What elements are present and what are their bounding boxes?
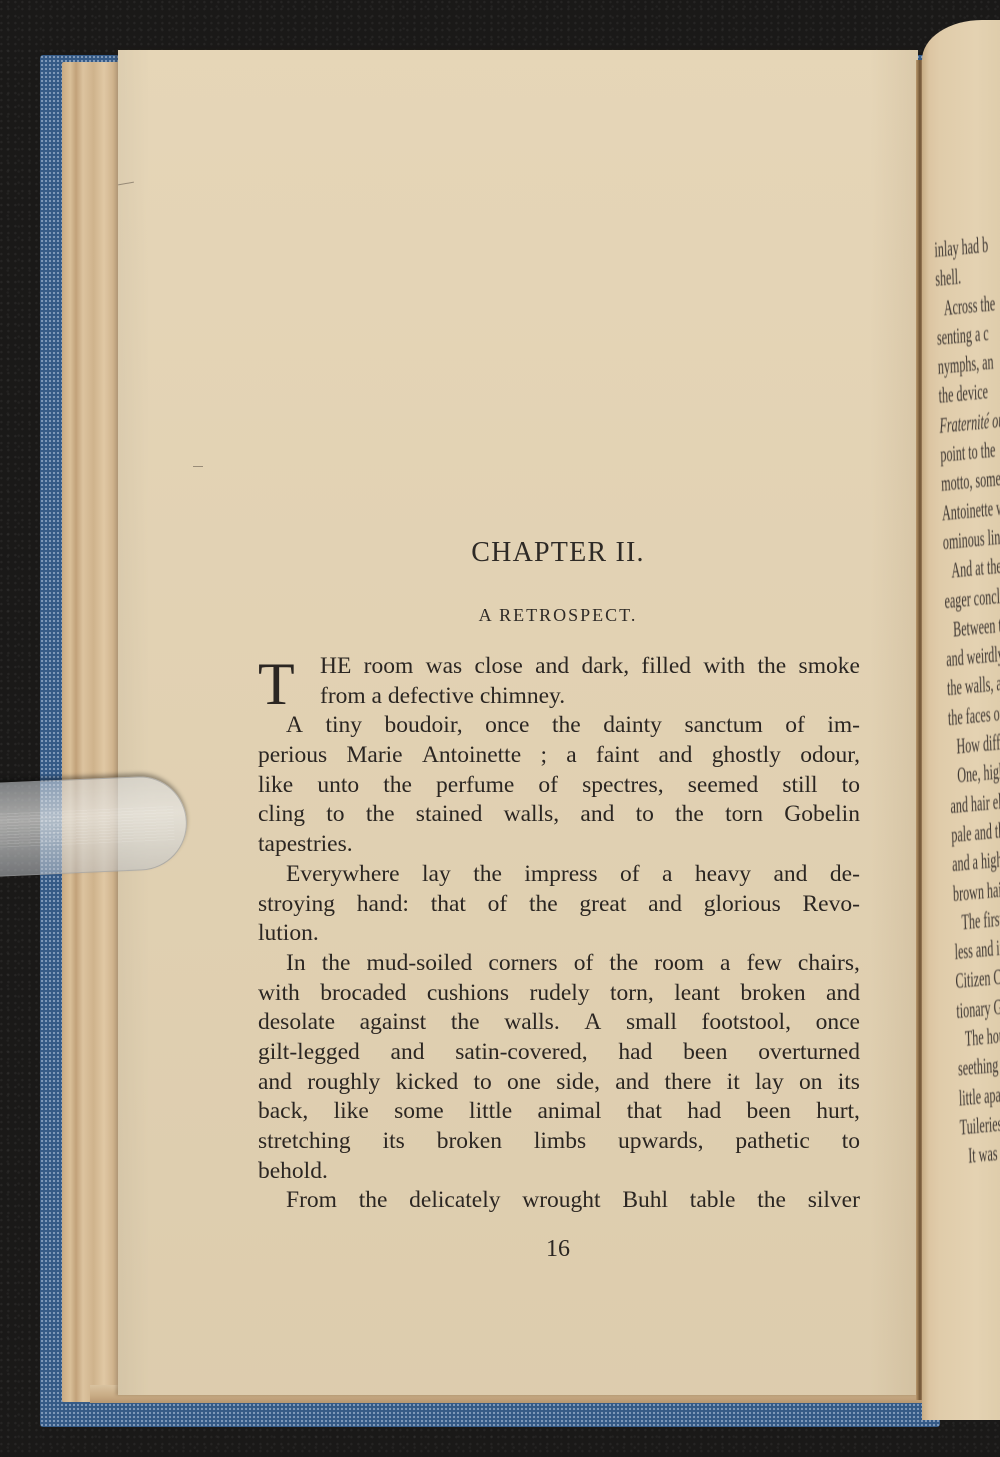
text-line: withbrocadedcushionsrudelytorn,leantbrok… xyxy=(258,979,860,1009)
text-line: stretchingitsbrokenlimbsupwards,pathetic… xyxy=(258,1127,860,1157)
bookmark[interactable] xyxy=(0,774,189,877)
text-line: gilt-leggedandsatin-covered,hadbeenovert… xyxy=(258,1038,860,1068)
text-line: Tuileries m xyxy=(959,1106,1000,1142)
text-line: One, high xyxy=(949,755,1000,791)
text-line: from a defective chimney. xyxy=(258,682,860,712)
text-line: periousMarieAntoinette;afaintandghostlyo… xyxy=(258,741,860,771)
text-line: How differ xyxy=(948,726,1000,762)
text-line: tapestries. xyxy=(258,830,860,860)
text-line: Everywherelaytheimpressofaheavyandde- xyxy=(258,860,860,890)
text-line: less and in xyxy=(954,931,1000,967)
text-line: brown hair v xyxy=(953,872,1000,908)
text-line: and hair elab xyxy=(950,785,1000,821)
text-line: clingtothestainedwalls,andtothetornGobel… xyxy=(258,800,860,830)
text-line: tionary Gov xyxy=(956,989,1000,1025)
text-line: behold. xyxy=(258,1157,860,1187)
text-line: Atinyboudoir,oncethedaintysanctumofim- xyxy=(258,711,860,741)
text-line: little apart xyxy=(958,1077,1000,1113)
text-line: lution. xyxy=(258,919,860,949)
page-number: 16 xyxy=(518,1236,598,1263)
right-page-text: inlay had bshell.Across thesenting a cny… xyxy=(934,229,1000,1171)
text-line: the faces of xyxy=(947,697,1000,733)
text-line: back,likesomelittleanimalthathadbeenhurt… xyxy=(258,1097,860,1127)
text-line: androughlykickedtooneside,andthereitlayo… xyxy=(258,1068,860,1098)
text-line: stroyinghand:thatofthegreatandgloriousRe… xyxy=(258,890,860,920)
text-line: FromthedelicatelywroughtBuhltablethesilv… xyxy=(258,1186,860,1216)
text-line: seething cit xyxy=(958,1048,1000,1084)
text-line: Citizen Ch xyxy=(955,960,1000,996)
text-line: pale and thi xyxy=(951,814,1000,850)
text-line: desolateagainstthewalls.Asmallfootstool,… xyxy=(258,1008,860,1038)
pencil-mark xyxy=(193,466,203,467)
text-line: and a high, i xyxy=(952,843,1000,879)
text-line: Inthemud-soiledcornersoftheroomafewchair… xyxy=(258,949,860,979)
drop-cap: T xyxy=(258,656,295,712)
text-line: the walls, an xyxy=(947,668,1000,704)
right-page: inlay had bshell.Across thesenting a cny… xyxy=(922,20,1000,1420)
chapter-title: CHAPTER II. xyxy=(118,537,998,569)
chapter-subtitle: A RETROSPECT. xyxy=(118,605,998,626)
text-line: likeuntotheperfumeofspectres,seemedstill… xyxy=(258,771,860,801)
text-line: HEroomwascloseanddark,filledwiththesmoke xyxy=(258,652,860,682)
text-line: Across the xyxy=(936,287,1000,323)
body-text: T HEroomwascloseanddark,filledwiththesmo… xyxy=(258,652,860,1216)
text-line: The first xyxy=(953,902,1000,938)
